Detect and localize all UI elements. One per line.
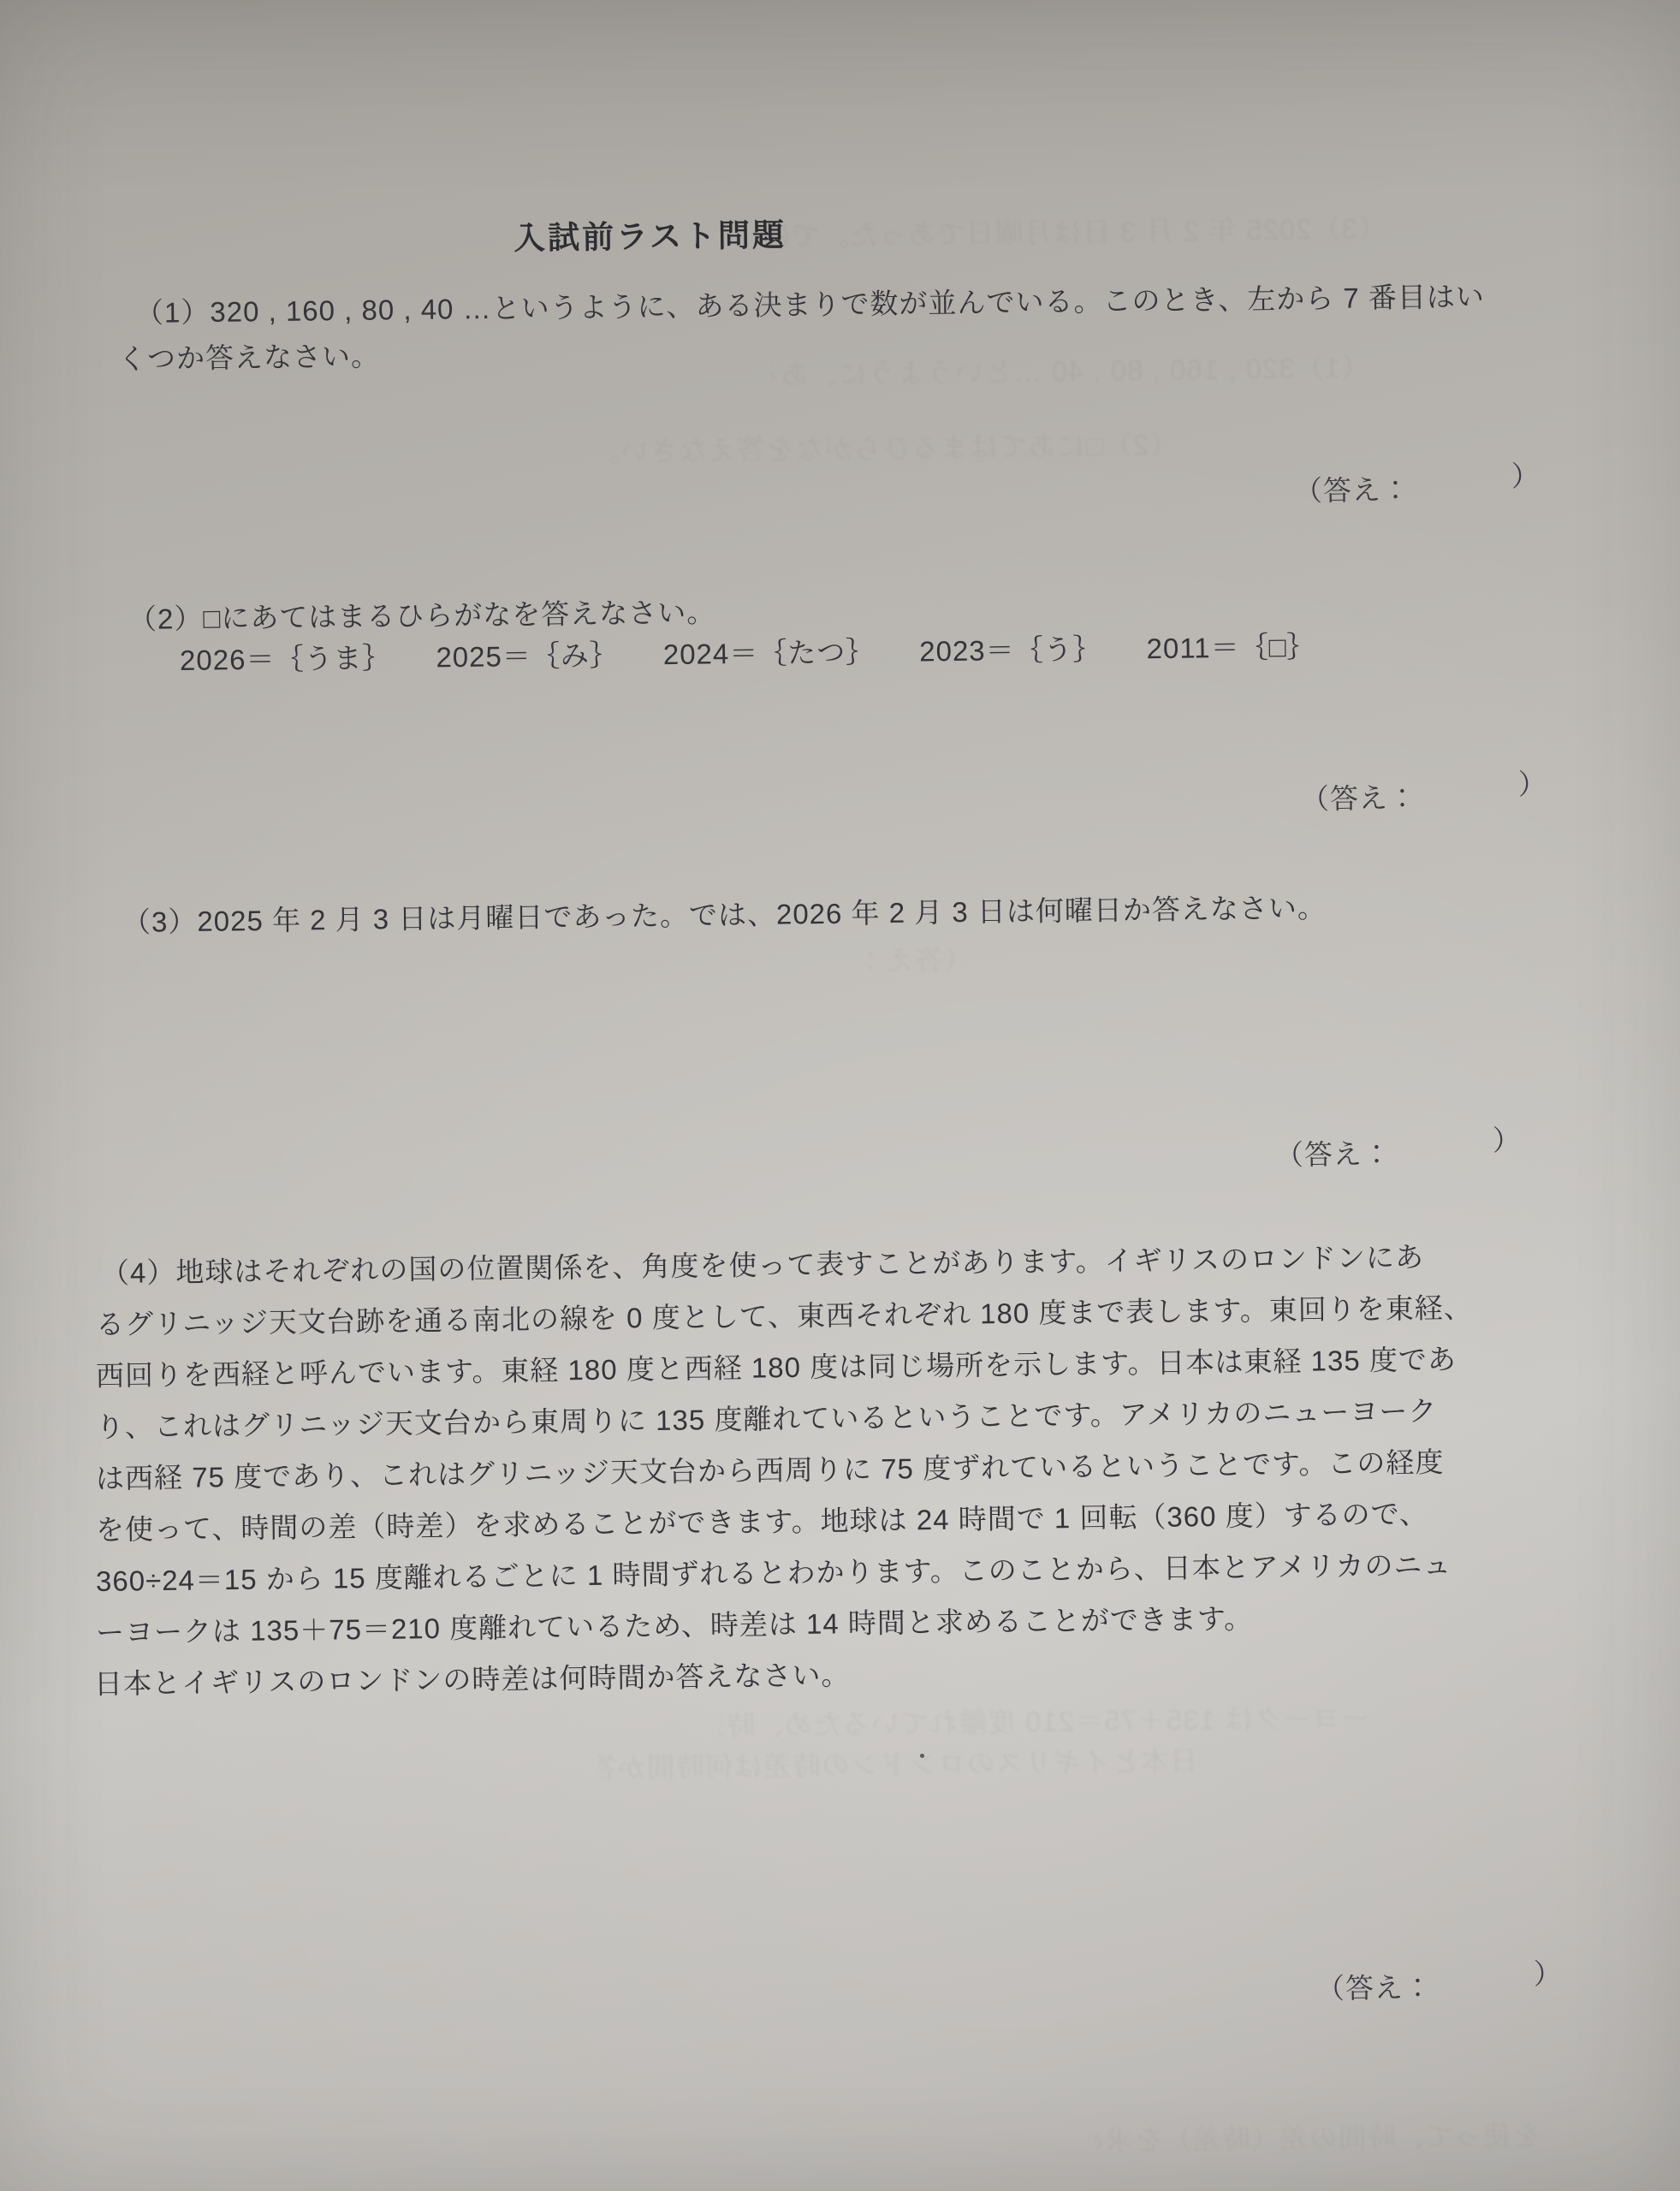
answer-4-blank-space [1433,1996,1534,1997]
answer-1-label: （答え： [1294,473,1410,507]
answer-blank-1: （答え：） [1294,466,1541,509]
question-4-text-line-4: り、これはグリニッジ天文台から東周りに 135 度離れているということです。アメ… [96,1389,1438,1446]
question-4-text-line-7: 360÷24＝15 から 15 度離れるごとに 1 時間ずれるとわかります。この… [96,1543,1452,1600]
question-4-text-line-8: ーヨークは 135＋75＝210 度離れているため、時差は 14 時間と求めるこ… [96,1596,1254,1651]
answer-blank-3: （答え：） [1275,1130,1523,1173]
ghost-text: （2）□にあてはまるひらがなを答えなさい。 [591,423,1178,470]
ghost-text: を使って、時間の差（時差）を求めることができます。地球は 24 時間で 1 回転… [1095,2113,1541,2158]
question-4-text-line-9: 日本とイギリスのロンドンの時差は何時間か答えなさい。 [94,1653,851,1702]
question-2-value-2026: 2026＝｛うま｝ [180,636,392,679]
answer-1-blank-space [1410,498,1511,499]
answer-4-label: （答え： [1316,1971,1433,2004]
question-4-text-line-3: 西回りを西経と呼んでいます。東経 180 度と西経 180 度は同じ場所を示しま… [96,1338,1457,1394]
answer-4-close-paren: ） [1534,1951,1564,1992]
answer-1-close-paren: ） [1511,454,1541,494]
question-2-value-2023: 2023＝｛う｝ [919,627,1102,670]
question-2-text-line-1: （2）□にあてはまるひらがなを答えなさい。 [128,591,716,638]
question-4-text-line-2: るグリニッジ天文台跡を通る南北の線を 0 度として、東西それぞれ 180 度まで… [96,1286,1473,1343]
worksheet-photo: 入試前ラスト問題 （1）320 , 160 , 80 , 40 …というように、… [0,0,1680,2191]
ghost-text: （3）2025 年 2 月 3 日は月曜日であった。では、2026 年 2 月 … [736,206,1387,254]
question-2-value-2024: 2024＝｛たつ｝ [663,630,876,673]
question-3-text-line-1: （3）2025 年 2 月 3 日は月曜日であった。では、2026 年 2 月 … [122,886,1327,941]
question-1-text-line-2: くつか答えなさい。 [118,334,381,377]
paper-sheet: 入試前ラスト問題 （1）320 , 160 , 80 , 40 …というように、… [0,0,1680,2191]
answer-2-close-paren: ） [1518,762,1548,802]
answer-3-close-paren: ） [1493,1118,1523,1158]
question-4-text-line-6: を使って、時間の差（時差）を求めることができます。地球は 24 時間で 1 回転… [96,1492,1428,1548]
question-4-text-line-5: は西経 75 度であり、これはグリニッジ天文台から西周りに 75 度ずれていると… [96,1440,1445,1497]
ink-speck [920,1754,924,1758]
answer-3-blank-space [1392,1162,1493,1163]
question-2-value-2011: 2011＝｛□｝ [1146,625,1315,667]
ghost-text: （答え： [856,937,973,979]
answer-2-blank-space [1417,806,1518,807]
ghost-text: 日本とイギリスのロンドンの時差は何時間か答えなさい。 [599,1739,1199,1787]
question-2-value-2025: 2025＝｛み｝ [436,633,619,676]
answer-3-label: （答え： [1275,1137,1392,1171]
page-title: 入試前ラスト問題 [513,209,787,258]
ghost-text: （1）320 , 160 , 80 , 40 …というように、ある決まりで数が並… [770,346,1370,394]
answer-blank-4: （答え：） [1316,1963,1564,2007]
ghost-text: ーヨークは 135＋75＝210 度離れているため、時差は 14 時間と求めるこ… [719,1695,1370,1743]
question-1-text-line-1: （1）320 , 160 , 80 , 40 …というように、ある決まりで数が並… [135,275,1485,331]
question-4-text-line-1: （4）地球はそれぞれの国の位置関係を、角度を使って表すことがあります。イギリスの… [101,1235,1425,1291]
answer-2-label: （答え： [1301,781,1417,815]
answer-blank-2: （答え：） [1301,774,1548,817]
